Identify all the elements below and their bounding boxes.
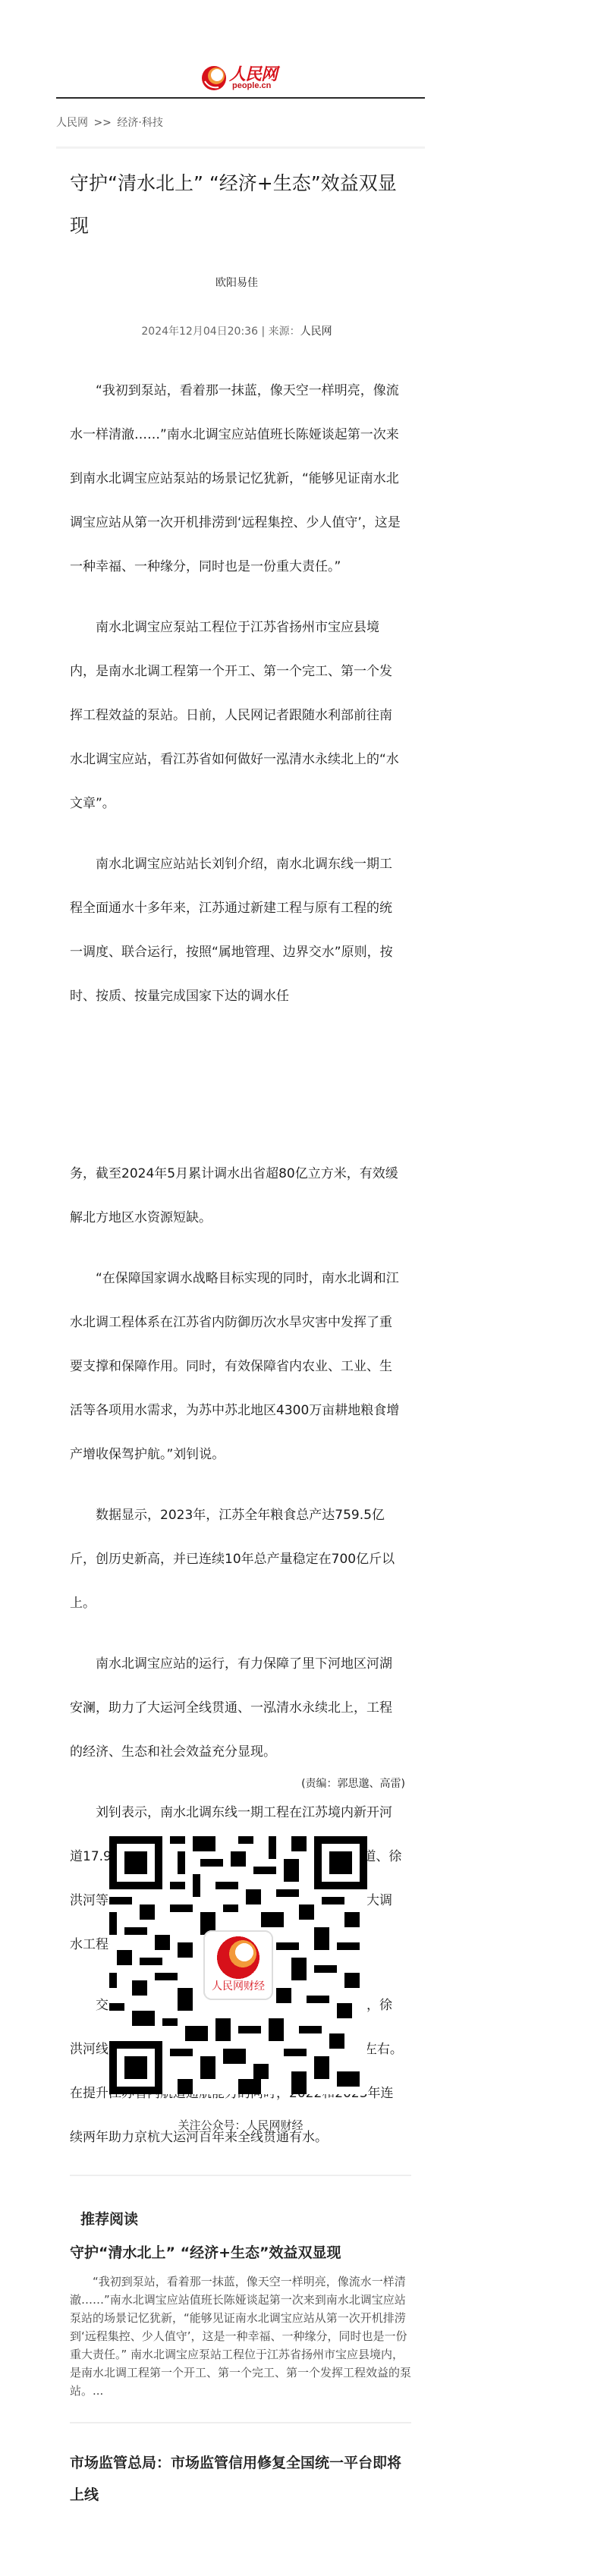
site-logo[interactable]: 人民网 people.cn [200, 63, 284, 93]
recommended-item[interactable]: 守护“清水北上” “经济+生态”效益双显现 “我初到泵站，看着那一抹蓝，像天空一… [70, 2242, 411, 2400]
article-paragraph: “在保障国家调水战略目标实现的同时，南水北调和江水北调工程体系在江苏省内防御历次… [70, 1257, 404, 1477]
breadcrumb-home-link[interactable]: 人民网 [56, 117, 88, 129]
article-paragraph: 数据显示，2023年，江苏全年粮食总产达759.5亿斤，创历史新高，并已连续10… [70, 1493, 404, 1625]
source-link[interactable]: 人民网 [300, 326, 332, 338]
divider [70, 2175, 411, 2176]
article-paragraph: 南水北调宝应站站长刘钊介绍，南水北调东线一期工程全面通水十多年来，江苏通过新建工… [70, 842, 404, 1018]
recommended-item-title[interactable]: 市场监管总局：市场监管信用修复全国统一平台即将上线 [70, 2447, 411, 2511]
divider [56, 146, 425, 149]
article-datetime: 2024年12月04日20:36 [141, 326, 258, 338]
breadcrumb-section-link[interactable]: 经济·科技 [117, 117, 162, 129]
site-header: 人民网 people.cn [56, 59, 425, 99]
article-editor: (责编：郭思邈、高雷) [56, 1776, 405, 1791]
qr-caption: 关注公众号：人民网财经 [56, 2117, 425, 2133]
recommended-item-title[interactable]: 守护“清水北上” “经济+生态”效益双显现 [70, 2242, 411, 2263]
logo-subtext: people.cn [232, 81, 271, 90]
article-paragraph: 南水北调宝应站的运行，有力保障了里下河地区河湖安澜，助力了大运河全线贯通、一泓清… [70, 1642, 404, 1774]
source-label: 来源： [269, 326, 300, 338]
article-meta: 2024年12月04日20:36 | 来源：人民网 [70, 323, 404, 338]
recommended-item-summary: “我初到泵站，看着那一抹蓝，像天空一样明亮，像流水一样清澈……”南水北调宝应站值… [70, 2272, 411, 2400]
article-paragraph: 南水北调宝应泵站工程位于江苏省扬州市宝应县境内，是南水北调工程第一个开工、第一个… [70, 605, 404, 826]
recommended-heading: 推荐阅读 [80, 2208, 138, 2228]
logo-swirl-icon [200, 64, 228, 92]
qr-logo-text: 人民网财经 [212, 1980, 265, 1993]
divider [70, 2422, 411, 2423]
qr-code-icon: 人民网财经 [109, 1836, 367, 2094]
meta-separator: | [261, 326, 265, 338]
breadcrumb: 人民网 >> 经济·科技 [56, 115, 163, 130]
article-paragraph: “我初到泵站，看着那一抹蓝，像天空一样明亮，像流水一样清澈……”南水北调宝应站值… [70, 369, 404, 589]
recommended-item[interactable]: 市场监管总局：市场监管信用修复全国统一平台即将上线 [70, 2447, 411, 2511]
article-paragraph: 务，截至2024年5月累计调水出省超80亿立方米，有效缓解北方地区水资源短缺。 [70, 1152, 404, 1240]
article-author: 欧阳易佳 [70, 275, 404, 290]
breadcrumb-separator: >> [93, 117, 111, 129]
article-title: 守护“清水北上” “经济+生态”效益双显现 [70, 162, 404, 247]
